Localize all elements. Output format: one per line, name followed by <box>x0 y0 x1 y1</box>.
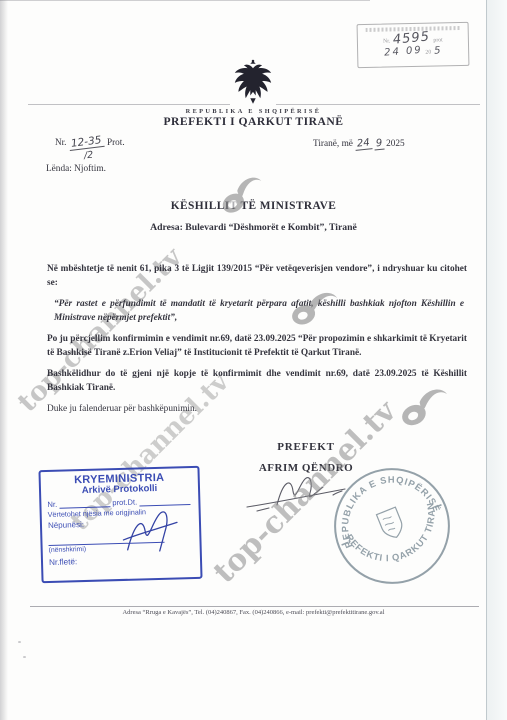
date-day-handwritten: 24 <box>354 137 372 151</box>
ref-number-row: Nr. 12-35 Prot. <box>55 136 125 149</box>
registry-year-prefix: 20 <box>425 50 431 56</box>
topchannel-logo-icon-title <box>210 171 269 221</box>
registry-year-handwritten: 5 <box>434 45 443 57</box>
body-paragraph-2-quote: “Për rastet e përfundimit të mandatit të… <box>54 297 464 325</box>
registry-nr-label: Nr. <box>383 38 390 44</box>
date-month-handwritten: 9 <box>373 137 385 150</box>
national-eagle-emblem-icon <box>230 55 276 107</box>
prefect-title: PREFEKT <box>240 441 372 453</box>
scan-edge-left-shadow <box>0 0 8 720</box>
date-year: 2025 <box>386 139 405 149</box>
scan-edge-top-line <box>0 0 370 1</box>
footer-divider <box>30 606 479 607</box>
prefect-signature <box>233 467 373 517</box>
archive-nr-blank-line <box>59 499 110 508</box>
scan-edge-right-line <box>486 0 487 720</box>
institution-title: PREFEKTI I QARKUT TIRANË <box>0 115 507 128</box>
recipient-address: Adresa: Bulevardi “Dëshmorët e Kombit”, … <box>0 222 507 233</box>
ref-nr-handwritten: 12-35 <box>69 134 105 151</box>
scan-edge-right-band <box>487 0 507 720</box>
subject-value: Njoftim. <box>74 164 106 174</box>
registry-date-handwritten: 24 09 <box>383 45 422 59</box>
topchannel-logo-icon-lower <box>392 383 452 433</box>
subject-label: Lënda: <box>46 164 72 174</box>
registry-date-row: 24 09 20 5 <box>362 45 464 58</box>
city-date-label: Tiranë, më <box>313 139 353 149</box>
registry-stamp-box: Nr. 4595 prot 24 09 20 5 <box>357 22 470 68</box>
ref-nr-label: Nr. <box>55 137 66 147</box>
archive-nr-label: Nr. <box>47 500 57 509</box>
archive-stamp: KRYEMINISTRIA Arkivë Protokolli Nr. prot… <box>38 466 202 583</box>
archive-officer-signature <box>114 504 187 560</box>
round-stamp-shield-emblem <box>376 507 406 541</box>
ref-fraction-handwritten: /2 <box>84 150 94 162</box>
scan-speck <box>18 641 21 643</box>
scanned-document-page: top-channel.tv top-channel.tv Nr. 4595 p… <box>0 0 507 720</box>
scan-speck <box>23 656 26 658</box>
footer-contact: Adresa “Rruga e Kavajës”, Tel. (04)24086… <box>0 609 507 616</box>
ref-prot-label: Prot. <box>107 137 125 147</box>
place-date-row: Tiranë, më 24 9 2025 <box>313 138 405 150</box>
body-paragraph-3: Po ju përcjellim konfirmimin e vendimit … <box>47 332 467 360</box>
topchannel-logo-icon-middle <box>284 288 340 330</box>
body-paragraph-1: Në mbështetje të nenit 61, pika 3 të Lig… <box>47 262 467 290</box>
subject-row: Lënda: Njoftim. <box>46 164 106 174</box>
republic-title: REPUBLIKA E SHQIPËRISË <box>0 108 507 115</box>
registry-prot-label: prot <box>433 37 442 43</box>
